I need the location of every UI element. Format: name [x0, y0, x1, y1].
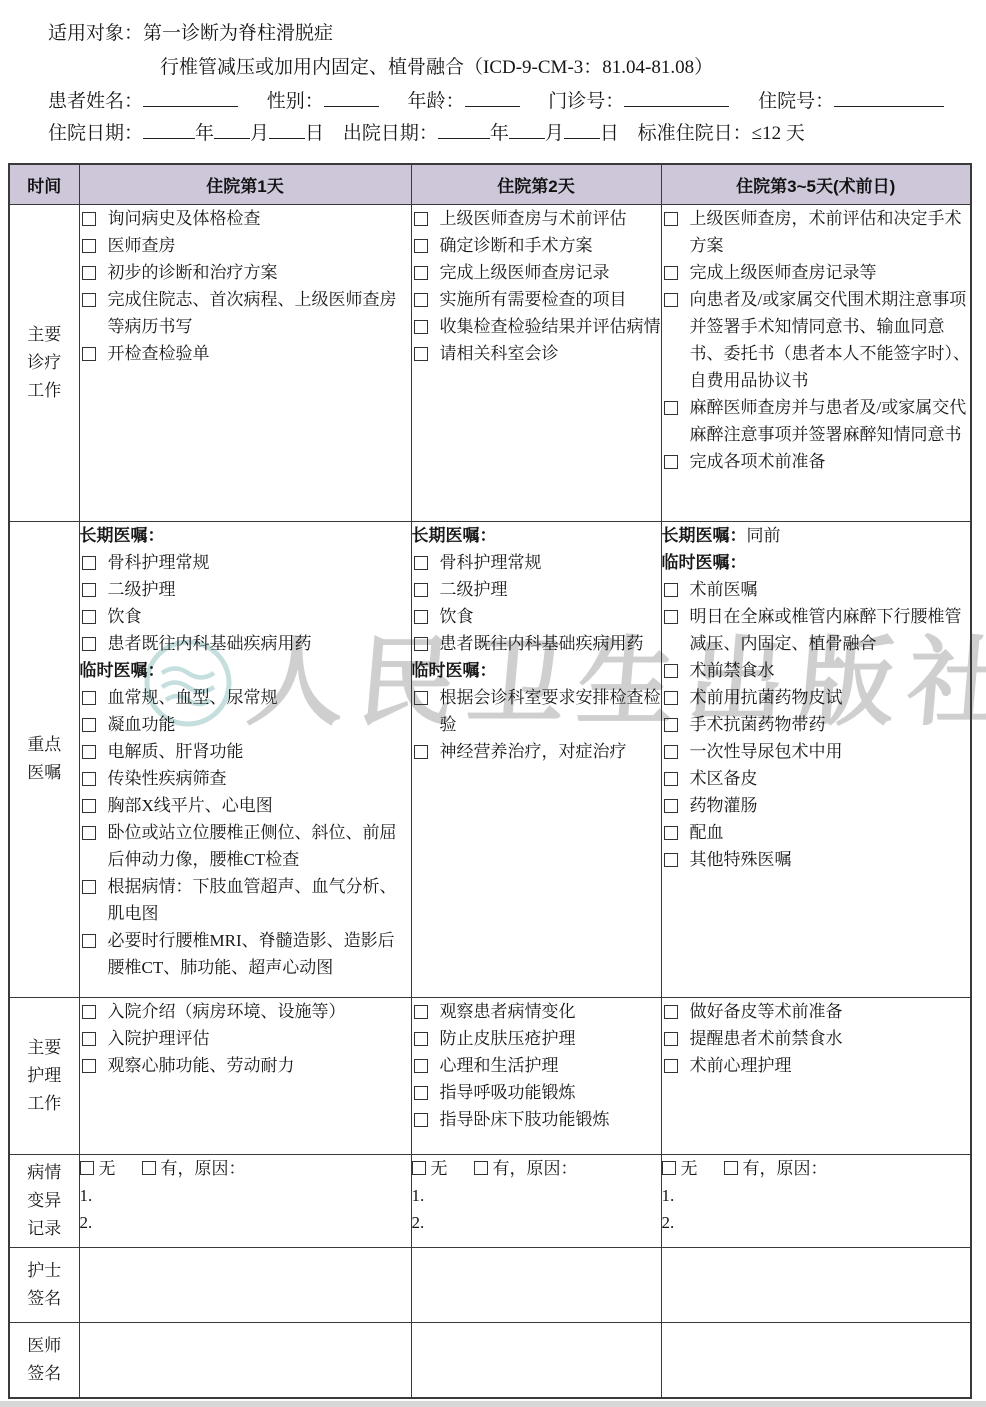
check-item: 实施所有需要检查的项目 — [412, 286, 661, 313]
admission-day-blank[interactable] — [269, 121, 305, 139]
check-item: 配血 — [662, 819, 971, 846]
variation-none-label: 无 — [99, 1159, 116, 1178]
page-edge-shadow — [0, 1401, 986, 1407]
order-heading: 长期医嘱： — [80, 522, 411, 549]
check-item: 指导卧床下肢功能锻炼 — [412, 1106, 661, 1133]
cell-variation-record-day1: 无有，原因：1.2. — [79, 1154, 411, 1247]
checkbox[interactable] — [664, 853, 678, 867]
discharge-day-blank[interactable] — [564, 121, 600, 139]
cell-physician-signature-day1 — [79, 1322, 411, 1398]
checkbox[interactable] — [82, 799, 96, 813]
check-item: 一次性导尿包术中用 — [662, 738, 971, 765]
outpatient-no-label: 门诊号： — [548, 91, 624, 112]
checkbox[interactable] — [82, 293, 96, 307]
checkbox[interactable] — [664, 1005, 678, 1019]
checkbox[interactable] — [82, 239, 96, 253]
cell-main-treatment-work-day2: 上级医师查房与术前评估确定诊断和手术方案完成上级医师查房记录实施所有需要检查的项… — [411, 204, 661, 521]
checkbox[interactable] — [82, 691, 96, 705]
checkbox[interactable] — [664, 610, 678, 624]
age-label: 年龄： — [408, 91, 465, 112]
standard-stay-label: 标准住院日： — [638, 123, 752, 144]
check-item: 入院护理评估 — [80, 1025, 411, 1052]
checkbox[interactable] — [82, 610, 96, 624]
check-item-label: 必要时行腰椎MRI、脊髓造影、造影后腰椎CT、肺功能、超声心动图 — [108, 931, 395, 977]
checkbox[interactable] — [664, 293, 678, 307]
admission-date-label: 住院日期： — [48, 123, 143, 144]
check-item-label: 药物灌肠 — [690, 796, 758, 815]
checkbox[interactable] — [414, 637, 428, 651]
check-item-label: 开检查检验单 — [108, 344, 210, 363]
order-heading: 长期医嘱：同前 — [662, 522, 971, 549]
order-heading-text: 临时医嘱： — [80, 661, 165, 680]
check-item: 根据会诊科室要求安排检查检验 — [412, 684, 661, 738]
clinical-pathway-table: 时间 住院第1天 住院第2天 住院第3~5天(术前日) 主要诊疗工作询问病史及体… — [8, 163, 972, 1399]
date-info-line: 住院日期：年月日 出院日期：年月日 标准住院日：≤12 天 — [48, 118, 805, 145]
checkbox[interactable] — [414, 1059, 428, 1073]
check-item-label: 神经营养治疗，对症治疗 — [440, 742, 627, 761]
check-item-label: 饮食 — [108, 607, 142, 626]
check-item-label: 指导卧床下肢功能锻炼 — [440, 1110, 610, 1129]
procedure-icd-line: 行椎管减压或加用内固定、植骨融合（ICD-9-CM-3：81.04-81.08） — [160, 52, 713, 79]
check-item: 完成上级医师查房记录 — [412, 259, 661, 286]
table-row-nurse-signature: 护士签名 — [9, 1247, 971, 1322]
outpatient-no-blank[interactable] — [624, 89, 729, 107]
check-item-label: 确定诊断和手术方案 — [440, 236, 593, 255]
table-header-row: 时间 住院第1天 住院第2天 住院第3~5天(术前日) — [9, 164, 971, 204]
cell-variation-record-day3: 无有，原因：1.2. — [661, 1154, 971, 1247]
order-heading-text: 长期医嘱： — [662, 526, 747, 545]
checkbox-yes[interactable] — [142, 1161, 156, 1175]
month-suffix: 月 — [545, 123, 564, 144]
column-header-day1: 住院第1天 — [79, 164, 411, 204]
check-item-label: 完成住院志、首次病程、上级医师查房等病历书写 — [108, 290, 397, 336]
check-item-label: 询问病史及体格检查 — [108, 209, 261, 228]
check-item: 向患者及/或家属交代围术期注意事项并签署手术知情同意书、输血同意书、委托书（患者… — [662, 286, 971, 394]
check-item: 饮食 — [412, 603, 661, 630]
checkbox[interactable] — [414, 1032, 428, 1046]
checkbox[interactable] — [414, 583, 428, 597]
variation-yes-label: 有，原因： — [161, 1159, 246, 1178]
order-heading: 临时医嘱： — [662, 549, 971, 576]
check-item: 骨科护理常规 — [80, 549, 411, 576]
cell-main-nursing-work-day2: 观察患者病情变化防止皮肤压疮护理心理和生活护理指导呼吸功能锻炼指导卧床下肢功能锻… — [411, 997, 661, 1154]
check-item-label: 一次性导尿包术中用 — [690, 742, 843, 761]
check-item-label: 配血 — [690, 823, 724, 842]
checkbox[interactable] — [414, 320, 428, 334]
check-item: 根据病情：下肢血管超声、血气分析、肌电图 — [80, 873, 411, 927]
checkbox[interactable] — [414, 610, 428, 624]
checkbox[interactable] — [82, 1005, 96, 1019]
check-item-label: 实施所有需要检查的项目 — [440, 290, 627, 309]
checkbox[interactable] — [414, 293, 428, 307]
check-item-label: 完成各项术前准备 — [690, 452, 826, 471]
check-item: 防止皮肤压疮护理 — [412, 1025, 661, 1052]
check-item-label: 收集检查检验结果并评估病情 — [440, 317, 661, 336]
checkbox[interactable] — [664, 455, 678, 469]
checkbox[interactable] — [664, 1059, 678, 1073]
cell-key-orders-day2: 长期医嘱：骨科护理常规二级护理饮食患者既往内科基础疾病用药临时医嘱：根据会诊科室… — [411, 521, 661, 997]
check-item-label: 观察心肺功能、劳动耐力 — [108, 1056, 295, 1075]
checkbox[interactable] — [82, 583, 96, 597]
checkbox[interactable] — [414, 745, 428, 759]
variation-none-label: 无 — [431, 1159, 448, 1178]
checkbox-yes[interactable] — [724, 1161, 738, 1175]
checkbox[interactable] — [82, 880, 96, 894]
check-item: 患者既往内科基础疾病用药 — [80, 630, 411, 657]
check-item-label: 提醒患者术前禁食水 — [690, 1029, 843, 1048]
reason-line: 2. — [662, 1209, 971, 1236]
order-heading: 临时医嘱： — [80, 657, 411, 684]
check-item-label: 观察患者病情变化 — [440, 1002, 576, 1021]
check-item-label: 麻醉医师查房并与患者及/或家属交代麻醉注意事项并签署麻醉知情同意书 — [690, 398, 967, 444]
check-item-label: 饮食 — [440, 607, 474, 626]
cell-nurse-signature-day2 — [411, 1247, 661, 1322]
cell-main-nursing-work-day1: 入院介绍（病房环境、设施等）入院护理评估观察心肺功能、劳动耐力 — [79, 997, 411, 1154]
order-heading-text: 临时医嘱： — [662, 553, 747, 572]
checkbox[interactable] — [82, 826, 96, 840]
check-item: 其他特殊医嘱 — [662, 846, 971, 873]
checkbox[interactable] — [664, 745, 678, 759]
check-item: 传染性疾病筛查 — [80, 765, 411, 792]
check-item: 确定诊断和手术方案 — [412, 232, 661, 259]
check-item: 神经营养治疗，对症治疗 — [412, 738, 661, 765]
checkbox[interactable] — [664, 1032, 678, 1046]
row-label-nurse-signature: 护士签名 — [9, 1247, 79, 1322]
check-item-label: 电解质、肝肾功能 — [108, 742, 244, 761]
variation-yes-label: 有，原因： — [743, 1159, 828, 1178]
checkbox-none[interactable] — [412, 1161, 426, 1175]
check-item-label: 防止皮肤压疮护理 — [440, 1029, 576, 1048]
cell-main-treatment-work-day3: 上级医师查房，术前评估和决定手术方案完成上级医师查房记录等向患者及/或家属交代围… — [661, 204, 971, 521]
year-suffix: 年 — [195, 123, 214, 144]
cell-variation-record-day2: 无有，原因：1.2. — [411, 1154, 661, 1247]
check-item-label: 指导呼吸功能锻炼 — [440, 1083, 576, 1102]
sex-label: 性别： — [267, 91, 324, 112]
check-item-label: 胸部X线平片、心电图 — [108, 796, 273, 815]
check-item-label: 根据会诊科室要求安排检查检验 — [440, 688, 661, 734]
check-item: 麻醉医师查房并与患者及/或家属交代麻醉注意事项并签署麻醉知情同意书 — [662, 394, 971, 448]
checkbox[interactable] — [664, 664, 678, 678]
row-label-key-orders: 重点医嘱 — [9, 521, 79, 997]
check-item: 完成上级医师查房记录等 — [662, 259, 971, 286]
check-item: 开检查检验单 — [80, 340, 411, 367]
variation-yes-label: 有，原因： — [493, 1159, 578, 1178]
checkbox[interactable] — [82, 745, 96, 759]
table-row-main-treatment-work: 主要诊疗工作询问病史及体格检查医师查房初步的诊断和治疗方案完成住院志、首次病程、… — [9, 204, 971, 521]
checkbox[interactable] — [414, 1113, 428, 1127]
checkbox[interactable] — [664, 718, 678, 732]
cell-key-orders-day1: 长期医嘱：骨科护理常规二级护理饮食患者既往内科基础疾病用药临时医嘱：血常规、血型… — [79, 521, 411, 997]
check-item-label: 完成上级医师查房记录 — [440, 263, 610, 282]
check-item-label: 术前禁食水 — [690, 661, 775, 680]
check-item-label: 传染性疾病筛查 — [108, 769, 227, 788]
check-item-label: 心理和生活护理 — [440, 1056, 559, 1075]
column-header-day2: 住院第2天 — [411, 164, 661, 204]
row-label-main-treatment-work: 主要诊疗工作 — [9, 204, 79, 521]
table-row-main-nursing-work: 主要护理工作入院介绍（病房环境、设施等）入院护理评估观察心肺功能、劳动耐力观察患… — [9, 997, 971, 1154]
checkbox-none[interactable] — [662, 1161, 676, 1175]
order-heading-text: 长期医嘱： — [80, 526, 165, 545]
checkbox[interactable] — [82, 637, 96, 651]
primary-diagnosis-text: 第一诊断为脊柱滑脱症 — [143, 23, 333, 44]
check-item: 术前用抗菌药物皮试 — [662, 684, 971, 711]
check-item-label: 入院介绍（病房环境、设施等） — [108, 1002, 346, 1021]
day-suffix: 日 — [305, 123, 324, 144]
cell-main-treatment-work-day1: 询问病史及体格检查医师查房初步的诊断和治疗方案完成住院志、首次病程、上级医师查房… — [79, 204, 411, 521]
reason-line: 1. — [80, 1182, 411, 1209]
pathway-table-body: 主要诊疗工作询问病史及体格检查医师查房初步的诊断和治疗方案完成住院志、首次病程、… — [9, 204, 971, 1398]
check-item-label: 明日在全麻或椎管内麻醉下行腰椎管减压、内固定、植骨融合 — [690, 607, 962, 653]
check-item: 药物灌肠 — [662, 792, 971, 819]
checkbox[interactable] — [414, 239, 428, 253]
check-item-label: 骨科护理常规 — [440, 553, 542, 572]
applicable-target-label: 适用对象： — [48, 23, 143, 44]
check-item: 心理和生活护理 — [412, 1052, 661, 1079]
check-item: 患者既往内科基础疾病用药 — [412, 630, 661, 657]
cell-main-nursing-work-day3: 做好备皮等术前准备提醒患者术前禁食水术前心理护理 — [661, 997, 971, 1154]
check-item-label: 向患者及/或家属交代围术期注意事项并签署手术知情同意书、输血同意书、委托书（患者… — [690, 290, 971, 390]
day-suffix: 日 — [600, 123, 619, 144]
discharge-month-blank[interactable] — [509, 121, 545, 139]
checkbox[interactable] — [82, 212, 96, 226]
check-item: 上级医师查房，术前评估和决定手术方案 — [662, 205, 971, 259]
checkbox[interactable] — [664, 266, 678, 280]
variation-options-line: 无有，原因： — [80, 1155, 411, 1182]
year-suffix: 年 — [490, 123, 509, 144]
check-item-label: 二级护理 — [108, 580, 176, 599]
column-header-day3-5: 住院第3~5天(术前日) — [661, 164, 971, 204]
month-suffix: 月 — [250, 123, 269, 144]
table-row-physician-signature: 医师签名 — [9, 1322, 971, 1398]
check-item-label: 手术抗菌药物带药 — [690, 715, 826, 734]
check-item-label: 上级医师查房，术前评估和决定手术方案 — [690, 209, 962, 255]
check-item-label: 术区备皮 — [690, 769, 758, 788]
cell-nurse-signature-day1 — [79, 1247, 411, 1322]
discharge-date-label: 出院日期： — [343, 123, 438, 144]
table-row-key-orders: 重点医嘱长期医嘱：骨科护理常规二级护理饮食患者既往内科基础疾病用药临时医嘱：血常… — [9, 521, 971, 997]
order-heading: 长期医嘱： — [412, 522, 661, 549]
row-label-main-nursing-work: 主要护理工作 — [9, 997, 79, 1154]
inpatient-no-label: 住院号： — [758, 91, 834, 112]
check-item-label: 卧位或站立位腰椎正侧位、斜位、前屈后伸动力像，腰椎CT检查 — [108, 823, 397, 869]
checkbox[interactable] — [664, 772, 678, 786]
check-item-label: 医师查房 — [108, 236, 176, 255]
check-item: 初步的诊断和治疗方案 — [80, 259, 411, 286]
check-item: 血常规、血型、尿常规 — [80, 684, 411, 711]
check-item-label: 初步的诊断和治疗方案 — [108, 263, 278, 282]
standard-stay-value: ≤12 天 — [752, 123, 805, 144]
check-item: 手术抗菌药物带药 — [662, 711, 971, 738]
applicable-target-line: 适用对象：第一诊断为脊柱滑脱症 — [48, 18, 333, 45]
checkbox[interactable] — [414, 556, 428, 570]
cell-nurse-signature-day3 — [661, 1247, 971, 1322]
check-item: 医师查房 — [80, 232, 411, 259]
checkbox[interactable] — [414, 266, 428, 280]
check-item: 完成住院志、首次病程、上级医师查房等病历书写 — [80, 286, 411, 340]
check-item-label: 骨科护理常规 — [108, 553, 210, 572]
checkbox[interactable] — [82, 1032, 96, 1046]
patient-name-label: 患者姓名： — [48, 91, 143, 112]
order-heading-text: 长期医嘱： — [412, 526, 497, 545]
patient-info-line: 患者姓名： 性别： 年龄： 门诊号： 住院号： — [48, 86, 944, 113]
checkbox[interactable] — [664, 799, 678, 813]
check-item: 凝血功能 — [80, 711, 411, 738]
order-heading-suffix: 同前 — [747, 526, 781, 545]
checkbox[interactable] — [414, 1005, 428, 1019]
check-item: 入院介绍（病房环境、设施等） — [80, 998, 411, 1025]
checkbox[interactable] — [664, 583, 678, 597]
check-item: 收集检查检验结果并评估病情 — [412, 313, 661, 340]
check-item-label: 血常规、血型、尿常规 — [108, 688, 278, 707]
checkbox[interactable] — [664, 826, 678, 840]
check-item-label: 患者既往内科基础疾病用药 — [108, 634, 312, 653]
check-item: 术前医嘱 — [662, 576, 971, 603]
check-item-label: 请相关科室会诊 — [440, 344, 559, 363]
check-item-label: 做好备皮等术前准备 — [690, 1002, 843, 1021]
check-item: 术前禁食水 — [662, 657, 971, 684]
check-item-label: 术前医嘱 — [690, 580, 758, 599]
reason-line: 1. — [412, 1182, 661, 1209]
reason-line: 2. — [412, 1209, 661, 1236]
check-item-label: 入院护理评估 — [108, 1029, 210, 1048]
checkbox-yes[interactable] — [474, 1161, 488, 1175]
discharge-year-blank[interactable] — [438, 121, 490, 139]
check-item: 必要时行腰椎MRI、脊髓造影、造影后腰椎CT、肺功能、超声心动图 — [80, 927, 411, 981]
variation-options-line: 无有，原因： — [412, 1155, 661, 1182]
checkbox[interactable] — [664, 401, 678, 415]
checkbox[interactable] — [82, 934, 96, 948]
check-item: 完成各项术前准备 — [662, 448, 971, 475]
variation-none-label: 无 — [681, 1159, 698, 1178]
checkbox[interactable] — [664, 691, 678, 705]
check-item: 电解质、肝肾功能 — [80, 738, 411, 765]
checkbox[interactable] — [82, 718, 96, 732]
row-label-physician-signature: 医师签名 — [9, 1322, 79, 1398]
check-item-label: 上级医师查房与术前评估 — [440, 209, 627, 228]
reason-line: 1. — [662, 1182, 971, 1209]
check-item: 饮食 — [80, 603, 411, 630]
check-item-label: 术前心理护理 — [690, 1056, 792, 1075]
checkbox[interactable] — [82, 266, 96, 280]
check-item: 术区备皮 — [662, 765, 971, 792]
check-item-label: 术前用抗菌药物皮试 — [690, 688, 843, 707]
checkbox[interactable] — [82, 556, 96, 570]
check-item: 请相关科室会诊 — [412, 340, 661, 367]
check-item: 做好备皮等术前准备 — [662, 998, 971, 1025]
check-item: 术前心理护理 — [662, 1052, 971, 1079]
check-item: 观察心肺功能、劳动耐力 — [80, 1052, 411, 1079]
age-blank[interactable] — [465, 89, 520, 107]
check-item: 询问病史及体格检查 — [80, 205, 411, 232]
checkbox[interactable] — [664, 212, 678, 226]
check-item: 提醒患者术前禁食水 — [662, 1025, 971, 1052]
sex-blank[interactable] — [324, 89, 379, 107]
check-item: 二级护理 — [80, 576, 411, 603]
cell-physician-signature-day3 — [661, 1322, 971, 1398]
check-item: 指导呼吸功能锻炼 — [412, 1079, 661, 1106]
check-item: 上级医师查房与术前评估 — [412, 205, 661, 232]
check-item-label: 凝血功能 — [108, 715, 176, 734]
checkbox[interactable] — [82, 347, 96, 361]
admission-month-blank[interactable] — [214, 121, 250, 139]
inpatient-no-blank[interactable] — [834, 89, 944, 107]
check-item: 卧位或站立位腰椎正侧位、斜位、前屈后伸动力像，腰椎CT检查 — [80, 819, 411, 873]
check-item-label: 二级护理 — [440, 580, 508, 599]
check-item-label: 完成上级医师查房记录等 — [690, 263, 877, 282]
order-heading: 临时医嘱： — [412, 657, 661, 684]
table-row-variation-record: 病情变异记录无有，原因：1.2.无有，原因：1.2.无有，原因：1.2. — [9, 1154, 971, 1247]
check-item-label: 患者既往内科基础疾病用药 — [440, 634, 644, 653]
check-item: 胸部X线平片、心电图 — [80, 792, 411, 819]
check-item-label: 其他特殊医嘱 — [690, 850, 792, 869]
check-item: 二级护理 — [412, 576, 661, 603]
cell-key-orders-day3: 长期医嘱：同前临时医嘱：术前医嘱明日在全麻或椎管内麻醉下行腰椎管减压、内固定、植… — [661, 521, 971, 997]
column-header-time: 时间 — [9, 164, 79, 204]
checkbox[interactable] — [414, 691, 428, 705]
cell-physician-signature-day2 — [411, 1322, 661, 1398]
reason-line: 2. — [80, 1209, 411, 1236]
admission-year-blank[interactable] — [143, 121, 195, 139]
check-item: 骨科护理常规 — [412, 549, 661, 576]
checkbox[interactable] — [82, 772, 96, 786]
order-heading-text: 临时医嘱： — [412, 661, 497, 680]
checkbox[interactable] — [82, 1059, 96, 1073]
checkbox[interactable] — [414, 347, 428, 361]
check-item: 观察患者病情变化 — [412, 998, 661, 1025]
variation-options-line: 无有，原因： — [662, 1155, 971, 1182]
row-label-variation-record: 病情变异记录 — [9, 1154, 79, 1247]
patient-name-blank[interactable] — [143, 89, 238, 107]
check-item-label: 根据病情：下肢血管超声、血气分析、肌电图 — [108, 877, 397, 923]
checkbox-none[interactable] — [80, 1161, 94, 1175]
checkbox[interactable] — [414, 212, 428, 226]
check-item: 明日在全麻或椎管内麻醉下行腰椎管减压、内固定、植骨融合 — [662, 603, 971, 657]
checkbox[interactable] — [414, 1086, 428, 1100]
